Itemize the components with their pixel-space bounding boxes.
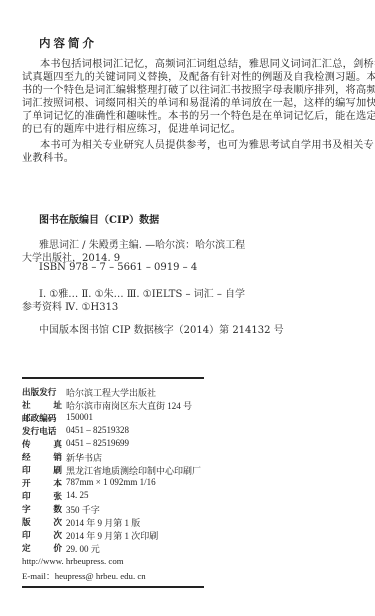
publisher-row-label: 发行电话 [22,425,62,438]
publisher-row-value: 150001 [66,412,93,425]
label-char: 次 [53,529,62,542]
publisher-row: 邮政编码150001 [22,412,93,425]
publisher-row: 出版发行哈尔滨工程大学出版社 [22,386,156,399]
label-char: 印 [22,529,31,542]
publisher-row-label: 字数 [22,503,62,516]
publisher-row-label: 定价 [22,542,62,555]
top-divider [22,377,204,379]
publisher-row-value: 2014 年 9 月第 1 版 [66,516,140,529]
website-link[interactable]: http://www. hrbeupress. com [22,556,124,566]
publisher-row-value: 29. 00 元 [66,542,100,555]
label-char: 出版发行 [22,386,56,399]
publisher-row: 经销新华书店 [22,451,102,464]
label-char: 印 [22,490,31,503]
publisher-row-value: 0451 – 82519699 [66,438,129,451]
publisher-row-value: 黑龙江省地质测绘印制中心印刷厂 [66,464,201,477]
label-char: 价 [53,542,62,555]
publisher-row-value: 哈尔滨工程大学出版社 [66,386,156,399]
publisher-row: 发行电话0451 – 82519328 [22,425,129,438]
publisher-row: 印张14. 25 [22,490,89,503]
label-char: 刷 [53,464,62,477]
label-char: 真 [53,438,62,451]
publisher-row-value: 787mm × 1 092mm 1/16 [66,477,156,490]
publisher-row: 传真0451 – 82519699 [22,438,129,451]
label-char: 经 [22,451,31,464]
cip-line: 参考资料 Ⅳ. ①H313 [22,298,118,313]
publisher-row-value: 350 千字 [66,503,100,516]
label-char: 次 [53,516,62,529]
publisher-row: 定价29. 00 元 [22,542,100,555]
publisher-row-label: 出版发行 [22,386,62,399]
cip-isbn: ISBN 978 – 7 – 5661 – 0919 – 4 [39,262,197,273]
publisher-row-value: 哈尔滨市南岗区东大直街 124 号 [66,399,192,412]
intro-title: 内容简介 [39,35,97,51]
publisher-row: 版次2014 年 9 月第 1 版 [22,516,140,529]
intro-line: 的已有的题库中进行相应练习，促进单词记忆。 [22,120,241,135]
label-char: 邮政编码 [22,412,56,425]
publisher-row-label: 印刷 [22,464,62,477]
label-char: 址 [53,399,62,412]
publisher-row-label: 印张 [22,490,62,503]
publisher-row-label: 开本 [22,477,62,490]
label-char: 版 [22,516,31,529]
publisher-row-label: 邮政编码 [22,412,62,425]
intro-line: 业教科书。 [22,149,74,164]
email-link[interactable]: E-mail：heupress@ hrbeu. edu. cn [22,569,146,582]
cip-title: 图书在版编目（CIP）数据 [39,211,159,226]
publisher-row-label: 版次 [22,516,62,529]
publisher-row-label: 经销 [22,451,62,464]
label-char: 开 [22,477,31,490]
cip-number: 中国版本图书馆 CIP 数据核字（2014）第 214132 号 [39,321,284,336]
label-char: 传 [22,438,31,451]
label-char: 销 [53,451,62,464]
publisher-row: 社址哈尔滨市南岗区东大直街 124 号 [22,399,192,412]
label-char: 张 [53,490,62,503]
publisher-row: 印次2014 年 9 月第 1 次印刷 [22,529,158,542]
label-char: 社 [22,399,31,412]
label-char: 字 [22,503,31,516]
publisher-row: 字数350 千字 [22,503,100,516]
label-char: 数 [53,503,62,516]
intro-line: 本书可为相关专业研究人员提供参考，也可为雅思考试自学用书及相关专 [40,136,374,151]
publisher-row: 印刷黑龙江省地质测绘印制中心印刷厂 [22,464,201,477]
publisher-row-value: 2014 年 9 月第 1 次印刷 [66,529,158,542]
label-char: 本 [53,477,62,490]
publisher-row: 开本787mm × 1 092mm 1/16 [22,477,156,490]
publisher-row-label: 社址 [22,399,62,412]
publisher-row-label: 印次 [22,529,62,542]
publisher-row-value: 14. 25 [66,490,89,503]
publisher-row-value: 新华书店 [66,451,102,464]
label-char: 印 [22,464,31,477]
bottom-divider [22,586,204,588]
label-char: 定 [22,542,31,555]
publisher-row-label: 传真 [22,438,62,451]
publisher-row-value: 0451 – 82519328 [66,425,129,438]
label-char: 发行电话 [22,425,56,438]
